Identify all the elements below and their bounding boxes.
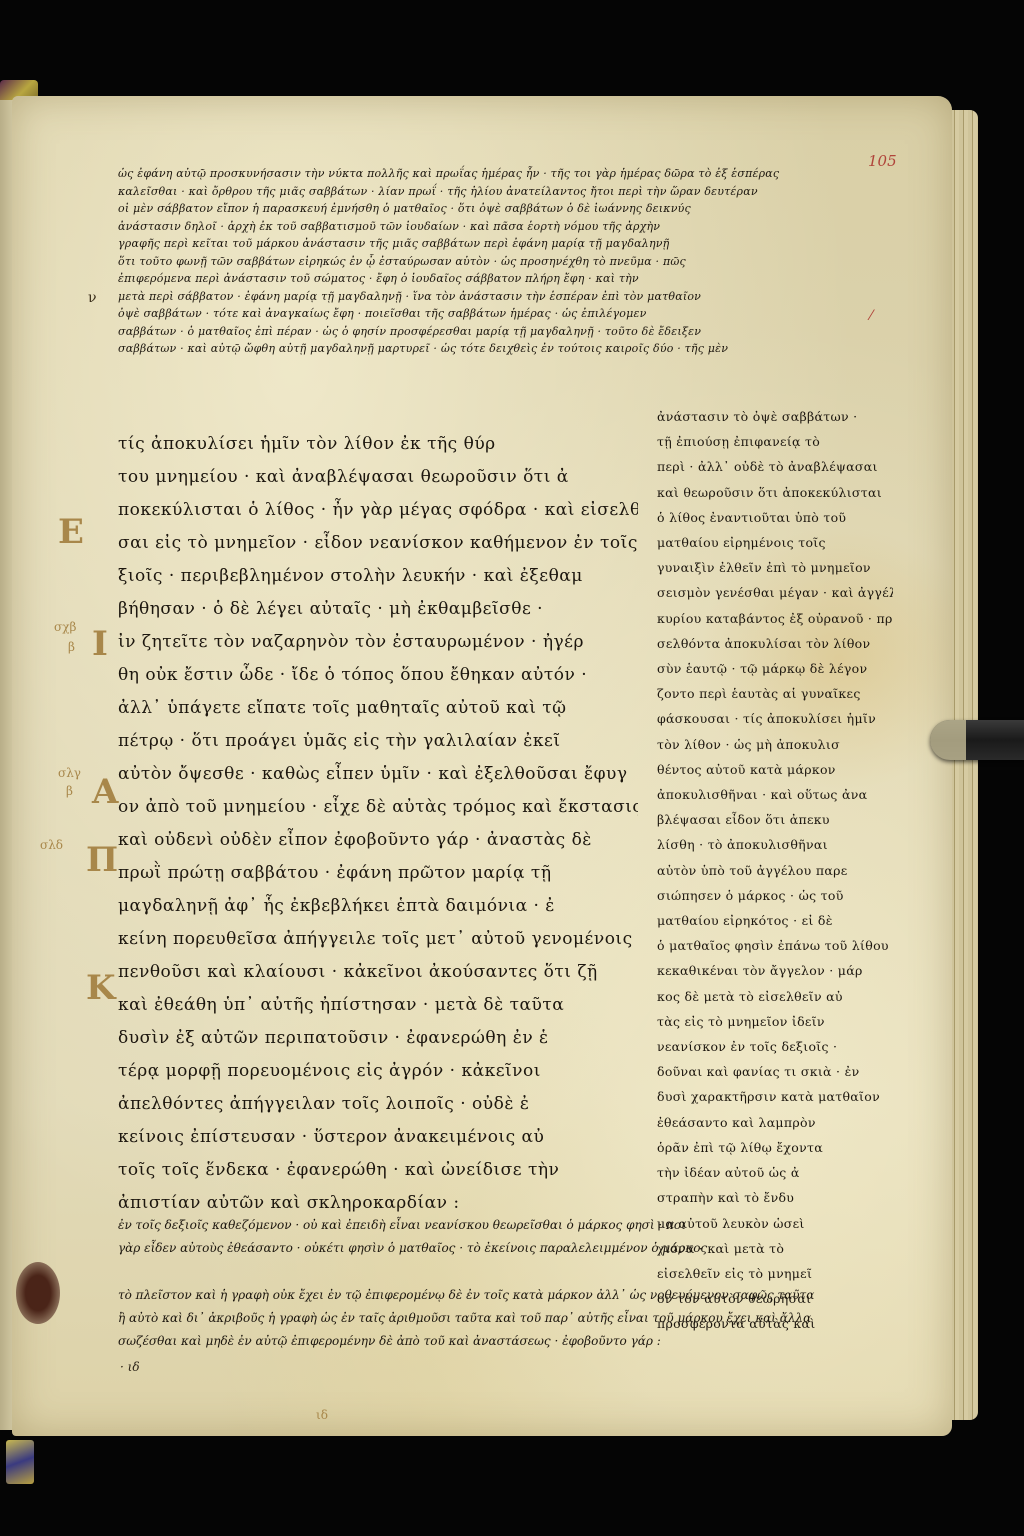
rubric-initial-pi: Π (86, 840, 118, 880)
text-line: πέτρῳ · ὅτι προάγει ὑμᾶς εἰς τὴν γαλιλαί… (118, 725, 638, 758)
catena-line: δοῦναι καὶ φανίας τι σκιὰ · ἐν (657, 1059, 893, 1084)
catena-line: τῇ ἐπιούσῃ ἐπιφανείᾳ τὸ (657, 429, 893, 454)
eusebian-canon-number: β (66, 784, 73, 798)
text-line: σαι εἰς τὸ μνημεῖον · εἶδον νεανίσκον κα… (118, 527, 638, 560)
text-line: ον ἀπὸ τοῦ μνημείου · εἶχε δὲ αὐτὰς τρόμ… (118, 791, 638, 824)
commentary-line: ἐν τοῖς δεξιοῖς καθεζόμενον · οὐ καὶ ἐπε… (118, 1214, 898, 1237)
catena-line: σιώπησεν ὁ μάρκος · ὡς τοῦ (657, 883, 893, 908)
main-gospel-text: τίς ἀποκυλίσει ἡμῖν τὸν λίθον ἐκ τῆς θύρ… (118, 428, 638, 1220)
commentary-line: ὅτι τοῦτο φωνῇ τῶν σαββάτων εἰρηκώς ἐν ᾧ… (118, 253, 888, 271)
marginal-catena-commentary: ἀνάστασιν τὸ ὀψὲ σαββάτων · τῇ ἐπιούσῃ ἐ… (657, 404, 893, 1337)
catena-line: αὐτὸν ὑπὸ τοῦ ἀγγέλου παρε (657, 858, 893, 883)
commentary-line: σαββάτων · ὁ ματθαῖος ἐπὶ πέραν · ὡς ὁ φ… (118, 323, 888, 341)
catena-line: ὁ λίθος ἐναντιοῦται ὑπὸ τοῦ (657, 505, 893, 530)
catena-line: σεισμὸν γενέσθαι μέγαν · καὶ ἀγγέλου (657, 580, 893, 605)
catena-line: δυσὶ χαρακτῆρσιν κατὰ ματθαῖον (657, 1084, 893, 1109)
text-line: ποκεκύλισται ὁ λίθος · ἦν γὰρ μέγας σφόδ… (118, 494, 638, 527)
commentary-line: σαββάτων · καὶ αὐτῷ ὤφθη αὐτῇ μαγδαληνῇ … (118, 340, 888, 358)
text-line: ξιοῖς · περιβεβλημένον στολὴν λευκήν · κ… (118, 560, 638, 593)
text-line: του μνημείου · καὶ ἀναβλέψασαι θεωροῦσιν… (118, 461, 638, 494)
top-commentary: ὡς ἐφάνη αὐτῷ προσκυνήσασιν τὴν νύκτα πο… (118, 165, 888, 358)
text-line: πενθοῦσι καὶ κλαίουσι · κἀκεῖνοι ἀκούσαν… (118, 956, 638, 989)
text-line: πρωῒ πρώτῃ σαββάτου · ἐφάνη πρῶτον μαρίᾳ… (118, 857, 638, 890)
commentary-line: ἐπιφερόμενα περὶ ἀνάστασιν τοῦ σώματος ·… (118, 270, 888, 288)
bottom-signature-mark: ιδ (316, 1408, 328, 1422)
text-line: τέρᾳ μορφῇ πορευομένοις εἰς ἀγρόν · κἀκε… (118, 1055, 638, 1088)
text-line: μαγδαληνῇ ἀφ᾽ ἧς ἐκβεβλήκει ἑπτὰ δαιμόνι… (118, 890, 638, 923)
ammonian-section-number: σλγ (58, 766, 81, 780)
commentary-line: γὰρ εἶδεν αὐτοὺς ἐθεάσαντο · οὐκέτι φησὶ… (118, 1237, 898, 1260)
catena-line: γυναιξὶν ἐλθεῖν ἐπὶ τὸ μνημεῖον (657, 555, 893, 580)
text-line: τοῖς τοῖς ἕνδεκα · ἐφανερώθη · καὶ ὠνείδ… (118, 1154, 638, 1187)
commentary-line: ἢ αὐτὸ καὶ δι᾽ ἀκριβοῦς ἡ γραφὴ ὡς ἐν τα… (118, 1307, 898, 1330)
text-line: αὐτὸν ὄψεσθε · καθὼς εἶπεν ὑμῖν · καὶ ἐξ… (118, 758, 638, 791)
commentary-line: ὡς ἐφάνη αὐτῷ προσκυνήσασιν τὴν νύκτα πο… (118, 165, 888, 183)
catena-line: ἀποκυλισθῆναι · καὶ οὕτως ἀνα (657, 782, 893, 807)
text-line: κείνοις ἐπίστευσαν · ὕστερον ἀνακειμένοι… (118, 1121, 638, 1154)
commentary-line: ἀνάστασιν δηλοῖ · ἀρχὴ ἐκ τοῦ σαββατισμο… (118, 218, 888, 236)
quire-mark: · ιδ (120, 1360, 140, 1374)
commentary-line: σωζέσθαι καὶ μηδὲ ἐν αὐτῷ ἐπιφερομένην δ… (118, 1330, 898, 1353)
margin-check-mark: ν (88, 290, 97, 306)
text-line: ἀλλ᾽ ὑπάγετε εἴπατε τοῖς μαθηταῖς αὐτοῦ … (118, 692, 638, 725)
rubric-initial-kappa: Κ (86, 968, 116, 1008)
catena-line: λίσθη · τὸ ἀποκυλισθῆναι (657, 832, 893, 857)
catena-line: τὴν ἰδέαν αὐτοῦ ὡς ἀ (657, 1160, 893, 1185)
ammonian-section-number: σλδ (40, 838, 63, 852)
commentary-line: οἱ μὲν σάββατον εἴπον ἡ παρασκευή ἐμνήσθ… (118, 200, 888, 218)
catena-line: σὺν ἑαυτῷ · τῷ μάρκῳ δὲ λέγον (657, 656, 893, 681)
catena-line: βλέψασαι εἶδον ὅτι ἀπεκυ (657, 807, 893, 832)
eusebian-canon-number: β (68, 640, 75, 654)
spacer (118, 1260, 898, 1284)
commentary-line: μετὰ περὶ σάββατον · ἐφάνη μαρίᾳ τῇ μαγδ… (118, 288, 888, 306)
bottom-commentary: ἐν τοῖς δεξιοῖς καθεζόμενον · οὐ καὶ ἐπε… (118, 1214, 898, 1353)
commentary-line: ὀψὲ σαββάτων · τότε καὶ ἀναγκαίως ἔφη · … (118, 305, 888, 323)
catena-line: ἀνάστασιν τὸ ὀψὲ σαββάτων · (657, 404, 893, 429)
binding-thread-bottom (6, 1440, 34, 1484)
catena-line: ζοντο περὶ ἑαυτὰς αἱ γυναῖκες (657, 681, 893, 706)
rubric-initial-epsilon: Ε (58, 512, 84, 552)
catena-line: κος δὲ μετὰ τὸ εἰσελθεῖν αὐ (657, 984, 893, 1009)
catena-line: τὰς εἰς τὸ μνημεῖον ἰδεῖν (657, 1009, 893, 1034)
text-line: τίς ἀποκυλίσει ἡμῖν τὸν λίθον ἐκ τῆς θύρ (118, 428, 638, 461)
catena-line: κεκαθικέναι τὸν ἄγγελον · μάρ (657, 958, 893, 983)
page-clip-weight (930, 720, 1024, 760)
text-line: κείνη πορευθεῖσα ἀπήγγειλε τοῖς μετ᾽ αὐτ… (118, 923, 638, 956)
catena-line: ματθαίου εἰρηκότος · εἰ δὲ (657, 908, 893, 933)
text-line: θη οὐκ ἔστιν ὧδε · ἴδε ὁ τόπος ὅπου ἔθηκ… (118, 659, 638, 692)
rubric-initial-iota: Ι (92, 624, 108, 664)
text-line: καὶ οὐδενὶ οὐδὲν εἶπον ἐφοβοῦντο γάρ · ἀ… (118, 824, 638, 857)
catena-line: ματθαίου εἰρημένοις τοῖς (657, 530, 893, 555)
catena-line: στραπὴν καὶ τὸ ἔνδυ (657, 1185, 893, 1210)
catena-line: ὁρᾶν ἐπὶ τῷ λίθῳ ἔχοντα (657, 1135, 893, 1160)
text-line: βήθησαν · ὁ δὲ λέγει αὐταῖς · μὴ ἐκθαμβε… (118, 593, 638, 626)
text-line: ἀπελθόντες ἀπήγγειλαν τοῖς λοιποῖς · οὐδ… (118, 1088, 638, 1121)
catena-line: φάσκουσαι · τίς ἀποκυλίσει ἡμῖν (657, 706, 893, 731)
catena-line: καὶ θεωροῦσιν ὅτι ἀποκεκύλισται (657, 480, 893, 505)
commentary-line: γραφῆς περὶ κεῖται τοῦ μάρκου ἀνάστασιν … (118, 235, 888, 253)
text-line: ἰν ζητεῖτε τὸν ναζαρηνὸν τὸν ἐσταυρωμένο… (118, 626, 638, 659)
ammonian-section-number: σχβ (54, 620, 76, 634)
page-edges-stack (950, 110, 978, 1420)
commentary-line: καλεῖσθαι · καὶ ὄρθρου τῆς μιᾶς σαββάτων… (118, 183, 888, 201)
catena-line: κυρίου καταβάντος ἐξ οὐρανοῦ · προ (657, 606, 893, 631)
text-line: δυσὶν ἐξ αὐτῶν περιπατοῦσιν · ἐφανερώθη … (118, 1022, 638, 1055)
commentary-line: τὸ πλεῖστον καὶ ἡ γραφὴ οὐκ ἔχει ἐν τῷ ἐ… (118, 1284, 898, 1307)
text-line: καὶ ἐθεάθη ὑπ᾽ αὐτῆς ἠπίστησαν · μετὰ δὲ… (118, 989, 638, 1022)
catena-line: περὶ · ἀλλ᾽ οὐδὲ τὸ ἀναβλέψασαι (657, 454, 893, 479)
catena-line: τὸν λίθον · ὡς μὴ ἀποκυλισ (657, 732, 893, 757)
catena-line: θέντος αὐτοῦ κατὰ μάρκον (657, 757, 893, 782)
catena-line: σελθόντα ἀποκυλίσαι τὸν λίθον (657, 631, 893, 656)
margin-red-mark: ⁄ (870, 308, 872, 324)
rubric-initial-alpha: Α (92, 772, 118, 812)
catena-line: ὁ ματθαῖος φησὶν ἐπάνω τοῦ λίθου (657, 933, 893, 958)
catena-line: ἐθεάσαντο καὶ λαμπρὸν (657, 1110, 893, 1135)
catena-line: νεανίσκον ἐν τοῖς δεξιοῖς · (657, 1034, 893, 1059)
ink-stain (16, 1262, 60, 1324)
